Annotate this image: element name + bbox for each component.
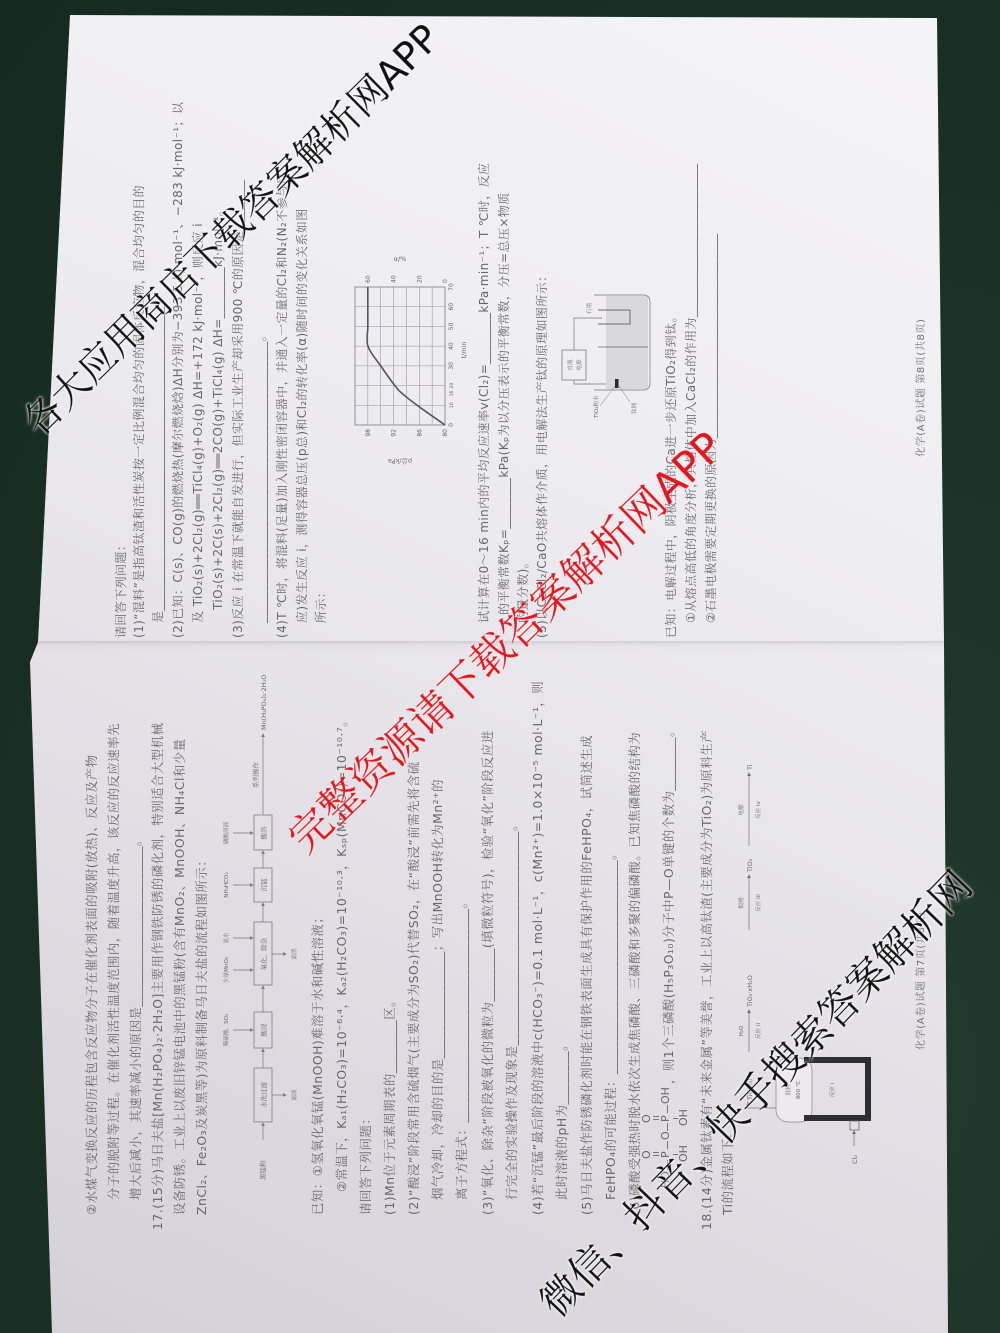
y-axis-title: p总/kPa — [388, 457, 412, 466]
q17-sub-3: (3)“氧化、除杂”阶段被氧化的微粒为________(填微粒符号)，检验“氧化… — [480, 730, 495, 1215]
q17-sub-2-cont: 烟气冷却，冷却的目的是________________；写出MnOOH转化为Mn… — [430, 779, 445, 1200]
x-tick-label: 10 — [449, 402, 455, 408]
y2-tick-label: 0 — [442, 279, 449, 283]
question-1-text: (1)“混料”是指高钛渣和活性炭按一定比例混合均匀的固体反应物，混合均匀的目的 — [132, 185, 147, 638]
pressure-conversion-chart: p总/kPa α/% t/min 01016203040506070808692… — [335, 250, 475, 475]
single-bond — [667, 1141, 668, 1149]
y-tick-label: 92 — [391, 429, 398, 437]
arrow-reaction: 反应 iii — [754, 894, 762, 912]
x-tick-label: 20 — [449, 383, 455, 389]
pyrophosphoric-acid-structure: O O HO P O P OH ，则1个三磷酸(H₅P₃O₁₀)分子中P—O单键… — [640, 660, 690, 1200]
furnace-wall — [804, 1060, 868, 1118]
x-tick-label: 60 — [448, 303, 455, 311]
arrow-reaction: 反应 iv — [754, 800, 762, 819]
question-17-text: 设备防锈。工业上以废旧锌锰电池中的黑锰粉(含有MnO₂、MnOOH、NH₄Cl和… — [172, 738, 187, 1215]
question-6-blank: ，则1个三磷酸(H₅P₃O₁₀)分子中P—O单键的个数为________。 — [659, 724, 677, 1084]
electrolysis-cell-diagram: 直流 电源 石墨 TiO₂粉末 钛网 — [558, 285, 658, 420]
atom-o: O — [640, 1150, 653, 1159]
x-tick-label: 0 — [448, 423, 455, 427]
flow-start-label: 黑锰粉 — [258, 1160, 267, 1180]
titanium-mesh-cathode — [615, 379, 619, 388]
question-4-text: (4)T ℃时，将混料(足量)加入刚性密闭容器中，并通入一定量的Cl₂和N₂(N… — [275, 172, 290, 638]
q17-sub-5-blank: FeHPO₄的可能过程：____________________________… — [603, 847, 618, 1200]
question-4-rate-blank: 试计算在0～16 min内的平均反应速率v(Cl₂)=________kPa·m… — [477, 163, 492, 623]
page-footer: 化学(A卷)试题 第8页(共8页) — [912, 318, 927, 457]
reaction-label: 反应 i — [828, 1082, 836, 1097]
single-bond — [667, 1105, 668, 1113]
question-1-blank: 是_______________________________________… — [151, 291, 166, 623]
question-4-text-cont: 所示： — [314, 586, 329, 623]
known-info-1: 已知：①氢氧化氧锰(MnOOH)难溶于水和碱性溶液； — [310, 911, 325, 1215]
product-label: Mn(H₂PO₄)₂·2H₂O — [260, 675, 268, 730]
instruction-text: 请回答下列问题： — [358, 1112, 373, 1215]
q17-sub-5: (5)马日夫盐作防锈磷化剂时能在钢铁表面生成具有保护作用的FeHPO₄，试简述生… — [579, 735, 594, 1215]
atom-o: O — [640, 1114, 653, 1123]
step-label: 酸溶 — [259, 826, 268, 840]
tio2-powder-label: TiO₂粉末 — [592, 395, 600, 419]
x-tick-label: 16 — [449, 390, 455, 396]
step-label: 水洗过滤 — [259, 1082, 268, 1109]
question-4-text-cont: 应)发生反应 i，测得容器总压(p总)和Cl₂的转化率(α)随时间的变化关系如图 — [295, 208, 310, 623]
reagent-label: 稀硫酸、SO₂ — [222, 1014, 230, 1047]
question-5-sub-1: ①从熔点高低的角度分析，共熔体中加入CaCl₂的作用为_____________… — [684, 164, 699, 623]
power-supply-label: 直流 — [566, 359, 574, 371]
question-16-sub-2: ②水煤气变换反应的历程包含反应物分子在催化剂表面的吸附(放热)、反应及产物 — [84, 754, 99, 1215]
q17-sub-4: (4)若“沉锰”最后阶段的溶液中c(HCO₃⁻)=0.1 mol·L⁻¹，c(M… — [530, 681, 545, 1215]
question-2-text: (2)已知：C(s)、CO(g)的燃烧热(摩尔燃烧焓)ΔH分别为−393.5 k… — [171, 102, 186, 638]
y2-tick-label: 20 — [416, 275, 423, 283]
waste-label: 滤液 — [290, 1089, 298, 1101]
step-label: 沉锰 — [259, 878, 268, 892]
atom-oh: OH — [659, 1087, 672, 1104]
x-tick-label: 50 — [448, 322, 455, 330]
arrow-reaction: 反应 ii — [754, 1023, 762, 1040]
reagent-label: NH₄HCO₃ — [224, 872, 230, 897]
atom-p: P — [659, 1115, 672, 1122]
question-16-sub-2-blank: 增大后减小，其速率减小的原因是________________________。 — [128, 833, 143, 1200]
question-5-sub-2: ②石墨电极需要定期更换的原因为_________________________… — [704, 233, 719, 623]
y-tick-label: 80 — [442, 429, 449, 437]
power-supply-label: 电源 — [575, 359, 583, 371]
x-tick-label: 70 — [448, 283, 455, 291]
chlorine-inlet-tube — [850, 1121, 859, 1130]
series-operation-label: 系列操作 — [251, 762, 260, 789]
q17-sub-3-cont: 行完全的实验操作及现象是____________________________… — [504, 818, 519, 1200]
step-label: 氧化、除杂 — [259, 937, 268, 970]
atom-oh: OH — [677, 1109, 690, 1126]
y-tick-label: 86 — [416, 429, 423, 437]
reagent-label: 少量MnO₂ — [222, 957, 230, 983]
chlorine-label: Cl₂ — [851, 1155, 859, 1164]
arrow-condition: 煅烧 — [737, 897, 745, 909]
y2-tick-label: 60 — [365, 275, 372, 283]
flow-item-ti: Ti — [746, 764, 754, 771]
q17-sub-2: (2)“酸浸”阶段常用含硫烟气(主要成分为SO₂)代替SO₂，在“酸浸”前需先将… — [406, 761, 421, 1215]
exam-page-8: 请回答下列问题： (1)“混料”是指高钛渣和活性炭按一定比例混合均匀的固体反应物… — [100, 105, 760, 650]
titanium-process-flowchart: 混料 900 ℃ 反应 i Cl₂ TiCl₄(l) H₂O 反应 ii TiO… — [730, 660, 885, 1220]
y-tick-label: 98 — [365, 429, 372, 437]
question-17-text: ZnCl₂、Fe₂O₃及炭黑等)为原料制备马日夫盐的流程如图所示： — [194, 854, 209, 1215]
atom-o: O — [659, 1131, 672, 1140]
q17-sub-1: (1)Mn位于元素周期表的________区。 — [382, 994, 397, 1215]
q17-sub-2-blank: 离子方程式：________________________________。 — [454, 896, 469, 1200]
step-label: 酸浸 — [259, 1023, 268, 1037]
graphite-label: 石墨 — [585, 302, 593, 314]
arrow-condition: 电解 — [737, 804, 745, 816]
flow-item-tio2: TiO₂ — [746, 858, 754, 873]
y2-tick-label: 40 — [391, 275, 398, 283]
x-axis-title: t/min — [460, 342, 468, 359]
question-3-blank: ________________________________________… — [254, 329, 269, 623]
x-tick-label: 40 — [448, 342, 455, 350]
reagent-label: 氨水 — [222, 932, 230, 944]
x-tick-label: 30 — [448, 362, 455, 370]
titanium-mesh-label: 钛网 — [630, 402, 638, 414]
reagent-label: 磷酸溶液 — [222, 821, 230, 844]
waste-label: 滤渣 — [290, 948, 298, 960]
manganese-process-flowchart: 黑锰粉 水洗过滤 酸浸 氧化、除杂 沉锰 酸溶 系列操作 Mn(H₂PO₄)₂·… — [210, 640, 302, 1200]
q17-sub-4-blank: 此时溶液的pH为________。 — [554, 1038, 569, 1200]
exam-page-7: ②水煤气变换反应的历程包含反应物分子在催化剂表面的吸附(放热)、反应及产物 分子… — [60, 650, 940, 1240]
flow-item-hydrate: TiO₂·xH₂O — [746, 975, 754, 1008]
instruction-text: 请回答下列问题： — [114, 539, 129, 638]
question-17-title: 17.(15分)马日夫盐[Mn(H₂PO₄)₂·2H₂O]主要用作钢铁防锈的磷化… — [150, 723, 165, 1230]
question-4-kp-blank: i 的平衡常数Kₚ=________kPa(Kₚ为以分压表示的平衡常数，分压=总… — [497, 192, 512, 623]
anode-wire — [574, 318, 602, 350]
data-curve — [367, 287, 445, 425]
question-16-sub-2-cont: 分子的脱附等过程。在催化剂活性温度范围内，随着温度升高，该反应的反应速率先 — [106, 723, 121, 1200]
arrow-condition: H₂O — [739, 1025, 745, 1036]
y2-axis-title: α/% — [394, 255, 407, 263]
single-bond — [667, 1123, 668, 1131]
